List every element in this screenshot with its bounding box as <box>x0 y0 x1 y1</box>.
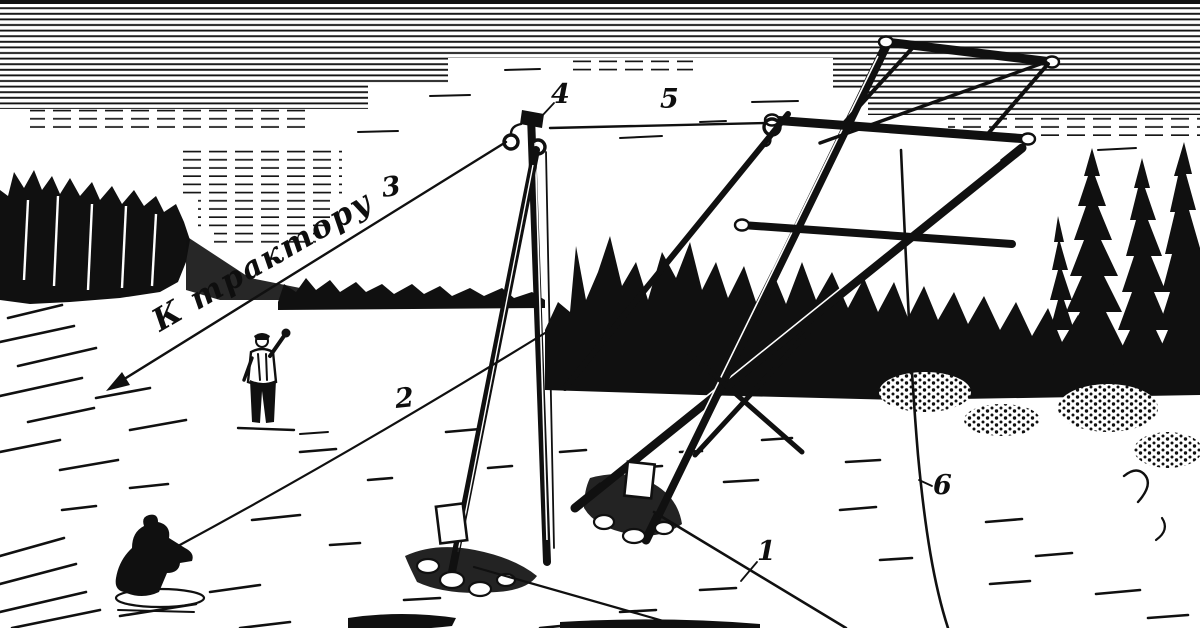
derrick-mast-assembly <box>405 110 554 596</box>
cap-icon <box>254 333 270 340</box>
mast-base-anchor <box>405 503 537 596</box>
anchor-stake <box>624 462 654 499</box>
sky-cloud-hatching <box>0 0 1200 248</box>
callout-4: 4 <box>551 79 570 110</box>
to-tractor-arrowhead-icon <box>106 372 130 391</box>
mast-base-line <box>474 567 688 628</box>
standing-worker-figure <box>238 329 328 435</box>
illustration-canvas: К трактору 3 4 5 2 1 6 <box>0 0 1200 628</box>
callout-1: 1 <box>757 536 776 567</box>
pole-butt-anchor <box>584 462 682 543</box>
crossarm-lower <box>735 220 1012 245</box>
spruce-tree <box>1060 148 1126 370</box>
spruce-tree <box>1050 216 1074 330</box>
mast-cap <box>520 110 544 128</box>
anchor-stake <box>436 503 467 543</box>
callout-6: 6 <box>933 470 952 501</box>
callout-2: 2 <box>392 382 415 415</box>
signal-flag-icon <box>282 329 291 338</box>
kneeling-worker-figure <box>116 515 204 612</box>
cloud-patch <box>176 150 342 194</box>
lifting-cable <box>550 123 764 128</box>
callout-3: 3 <box>380 171 403 204</box>
callout-5: 5 <box>660 84 679 115</box>
engraving-illustration: К трактору 3 4 5 2 1 6 <box>0 0 1200 628</box>
